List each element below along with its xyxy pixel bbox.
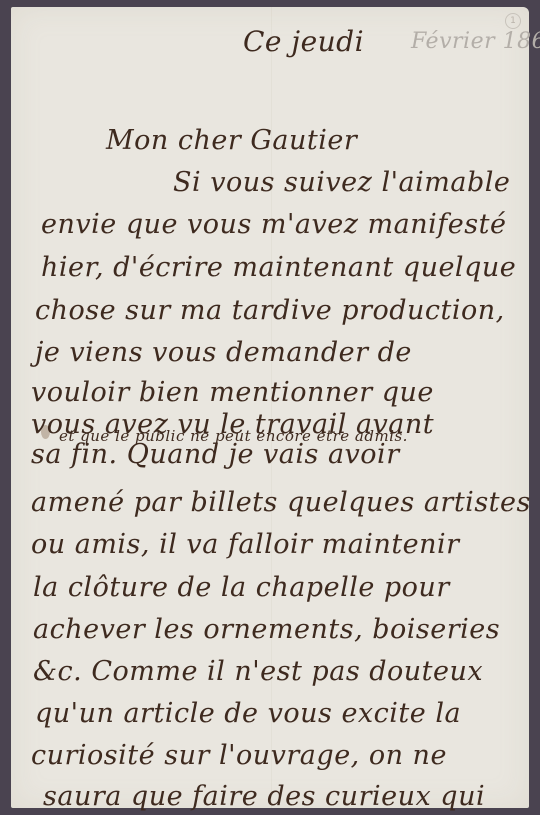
letter-line-2: envie que vous m'avez manifesté xyxy=(41,209,506,240)
letter-line-14: qu'un article de vous excite la xyxy=(35,698,461,729)
letter-line-15: curiosité sur l'ouvrage, on ne xyxy=(31,740,447,771)
letter-line-10: ou amis, il va falloir maintenir xyxy=(31,529,460,560)
letter-line-16: saura que faire des curieux qui xyxy=(43,781,485,812)
letter-line-9: amené par billets quelques artistes xyxy=(31,487,531,518)
letter-line-11: la clôture de la chapelle pour xyxy=(33,572,450,603)
dateline: Ce jeudi xyxy=(243,25,364,58)
letter-line-3: hier, d'écrire maintenant quelque xyxy=(41,252,516,283)
letter-line-4: chose sur ma tardive production, xyxy=(35,295,505,326)
letter-line-8: sa fin. Quand je vais avoir xyxy=(31,439,400,470)
letter-line-6: vouloir bien mentionner que xyxy=(31,377,434,408)
page-number-marker: 1 xyxy=(505,13,521,29)
letter-page: 1 Ce jeudi Février 1861. Mon cher Gautie… xyxy=(11,7,529,808)
letter-line-12: achever les ornements, boiseries xyxy=(33,614,500,645)
salutation: Mon cher Gautier xyxy=(106,125,357,156)
letter-line-13: &c. Comme il n'est pas douteux xyxy=(33,656,483,687)
pencil-date-annotation: Février 1861. xyxy=(411,29,540,54)
letter-line-1: Si vous suivez l'aimable xyxy=(173,167,510,198)
letter-line-5: je viens vous demander de xyxy=(35,337,412,368)
